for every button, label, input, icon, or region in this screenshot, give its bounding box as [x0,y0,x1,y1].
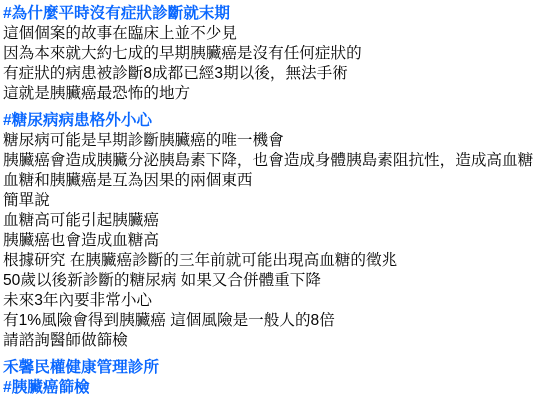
hashtag-link-no-symptoms[interactable]: #為什麼平時沒有症狀診斷就末期 [3,4,538,24]
post-text-line: 根據研究 在胰臟癌診斷的三年前就可能出現高血糖的徵兆 [3,251,538,271]
post-section-footer: 禾馨民權健康管理診所 #胰臟癌篩檢 [3,358,538,398]
post-text-line: 請諮詢醫師做篩檢 [3,331,538,351]
post-text-line: 血糖和胰臟癌是互為因果的兩個東西 [3,171,538,191]
post-text-line: 糖尿病可能是早期診斷胰臟癌的唯一機會 [3,131,538,151]
post-text-line: 有症狀的病患被診斷8成都已經3期以後，無法手術 [3,64,538,84]
post-text-line: 50歲以後新診斷的糖尿病 如果又合併體重下降 [3,271,538,291]
post-section-diabetes: #糖尿病病患格外小心 糖尿病可能是早期診斷胰臟癌的唯一機會 胰臟癌會造成胰臟分泌… [3,111,538,351]
post-text-line: 未來3年內要非常小心 [3,291,538,311]
post-section-symptoms: #為什麼平時沒有症狀診斷就末期 這個個案的故事在臨床上並不少見 因為本來就大約七… [3,4,538,104]
post-text-line: 有1%風險會得到胰臟癌 這個風險是一般人的8倍 [3,311,538,331]
hashtag-link-diabetes[interactable]: #糖尿病病患格外小心 [3,111,538,131]
post-text-line: 簡單說 [3,191,538,211]
post-text-line: 胰臟癌會造成胰臟分泌胰島素下降，也會造成身體胰島素阻抗性，造成高血糖 [3,151,538,171]
post-body: #為什麼平時沒有症狀診斷就末期 這個個案的故事在臨床上並不少見 因為本來就大約七… [0,0,540,398]
clinic-page-link[interactable]: 禾馨民權健康管理診所 [3,358,538,378]
hashtag-link-screening[interactable]: #胰臟癌篩檢 [3,378,538,398]
post-text-line: 這個個案的故事在臨床上並不少見 [3,24,538,44]
post-text-line: 血糖高可能引起胰臟癌 [3,211,538,231]
post-text-line: 胰臟癌也會造成血糖高 [3,231,538,251]
post-text-line: 因為本來就大約七成的早期胰臟癌是沒有任何症狀的 [3,44,538,64]
post-text-line: 這就是胰臟癌最恐怖的地方 [3,84,538,104]
